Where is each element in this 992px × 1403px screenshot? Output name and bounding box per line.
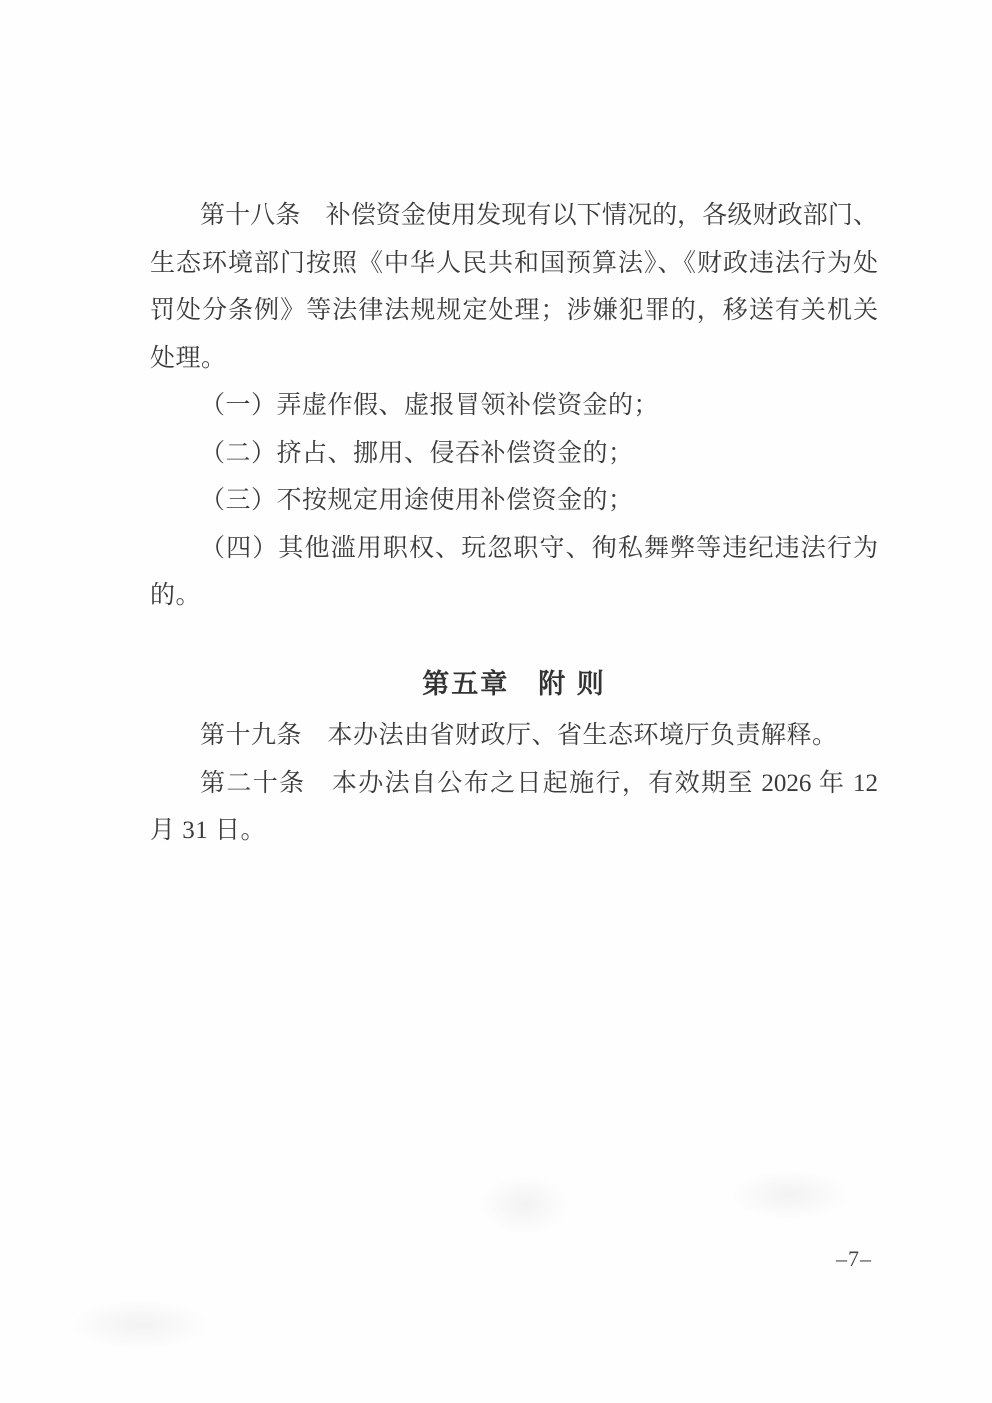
list-item-4-line-2: 的。 — [150, 572, 878, 620]
article20-line-2: 月 31 日。 — [150, 807, 878, 855]
article19-line: 第十九条 本办法由省财政厅、省生态环境厅负责解释。 — [150, 712, 878, 760]
article20-line-1: 第二十条 本办法自公布之日起施行，有效期至 2026 年 12 — [150, 760, 878, 808]
list-item-2: （二）挤占、挪用、侵吞补偿资金的； — [150, 430, 878, 478]
article18-line-3: 罚处分条例》等法律法规规定处理；涉嫌犯罪的，移送有关机关 — [150, 287, 878, 335]
document-body: 第十八条 补偿资金使用发现有以下情况的，各级财政部门、 生态环境部门按照《中华人… — [150, 192, 878, 855]
scan-smudge — [70, 1300, 210, 1350]
list-item-3: （三）不按规定用途使用补偿资金的； — [150, 477, 878, 525]
page-number: –7– — [836, 1246, 872, 1272]
chapter-heading: 第五章 附 则 — [150, 661, 878, 709]
list-item-1: （一）弄虚作假、虚报冒领补偿资金的； — [150, 382, 878, 430]
scan-smudge — [480, 1175, 570, 1235]
article18-line-2: 生态环境部门按照《中华人民共和国预算法》、《财政违法行为处 — [150, 240, 878, 288]
article18-line-4: 处理。 — [150, 335, 878, 383]
document-page: 第十八条 补偿资金使用发现有以下情况的，各级财政部门、 生态环境部门按照《中华人… — [0, 0, 992, 1403]
article18-line-1: 第十八条 补偿资金使用发现有以下情况的，各级财政部门、 — [150, 192, 878, 240]
scan-smudge — [730, 1170, 850, 1220]
list-item-4-line-1: （四）其他滥用职权、玩忽职守、徇私舞弊等违纪违法行为 — [150, 525, 878, 573]
